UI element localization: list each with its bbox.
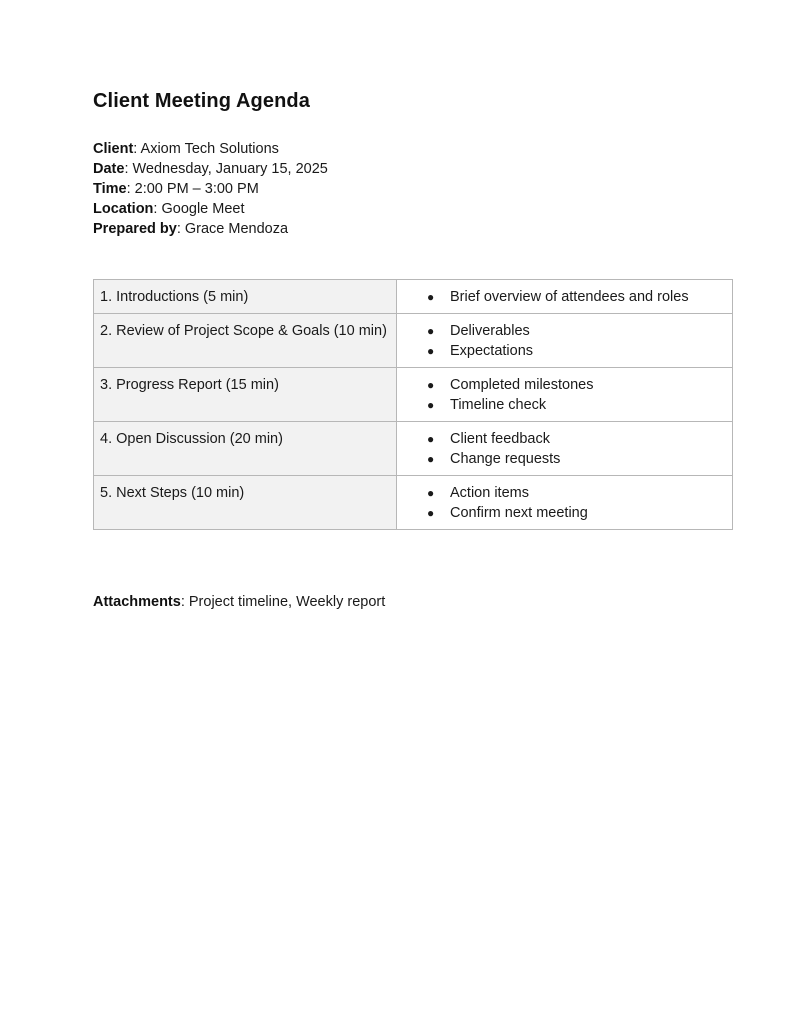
document-title: Client Meeting Agenda (93, 90, 310, 113)
bullet-icon: ● (427, 395, 434, 415)
agenda-points-cell: ●Completed milestones●Timeline check (397, 368, 733, 422)
table-row: 3. Progress Report (15 min)●Completed mi… (94, 368, 733, 422)
agenda-topic-cell: 4. Open Discussion (20 min) (94, 422, 397, 476)
attachments-line: Attachments: Project timeline, Weekly re… (93, 592, 385, 612)
list-item: ●Confirm next meeting (427, 503, 726, 523)
prepared-by-line: Prepared by: Grace Mendoza (93, 219, 328, 239)
list-item: ●Action items (427, 483, 726, 503)
bullet-text: Confirm next meeting (450, 505, 588, 521)
bullet-text: Expectations (450, 343, 533, 359)
attachments-value: : Project timeline, Weekly report (181, 594, 385, 610)
agenda-points-cell: ●Client feedback●Change requests (397, 422, 733, 476)
agenda-points-cell: ●Brief overview of attendees and roles (397, 280, 733, 314)
bullet-icon: ● (427, 503, 434, 523)
meeting-details: Client: Axiom Tech Solutions Date: Wedne… (93, 139, 328, 239)
date-value: : Wednesday, January 15, 2025 (124, 161, 327, 177)
bullet-text: Deliverables (450, 323, 530, 339)
time-line: Time: 2:00 PM – 3:00 PM (93, 179, 328, 199)
bullet-list: ●Deliverables●Expectations (427, 321, 726, 361)
bullet-icon: ● (427, 341, 434, 361)
bullet-text: Completed milestones (450, 377, 593, 393)
bullet-icon: ● (427, 429, 434, 449)
agenda-topic-cell: 1. Introductions (5 min) (94, 280, 397, 314)
bullet-icon: ● (427, 483, 434, 503)
table-row: 4. Open Discussion (20 min)●Client feedb… (94, 422, 733, 476)
date-line: Date: Wednesday, January 15, 2025 (93, 159, 328, 179)
bullet-text: Brief overview of attendees and roles (450, 289, 689, 305)
agenda-topic-cell: 2. Review of Project Scope & Goals (10 m… (94, 314, 397, 368)
location-line: Location: Google Meet (93, 199, 328, 219)
attachments-label: Attachments (93, 594, 181, 610)
prepared-by-value: : Grace Mendoza (177, 221, 288, 237)
prepared-by-label: Prepared by (93, 221, 177, 237)
time-label: Time (93, 181, 127, 197)
bullet-text: Change requests (450, 451, 560, 467)
date-label: Date (93, 161, 124, 177)
bullet-list: ●Action items●Confirm next meeting (427, 483, 726, 523)
list-item: ●Timeline check (427, 395, 726, 415)
bullet-list: ●Client feedback●Change requests (427, 429, 726, 469)
client-value: : Axiom Tech Solutions (133, 141, 279, 157)
time-value: : 2:00 PM – 3:00 PM (127, 181, 259, 197)
bullet-text: Client feedback (450, 431, 550, 447)
table-row: 1. Introductions (5 min)●Brief overview … (94, 280, 733, 314)
list-item: ●Expectations (427, 341, 726, 361)
client-line: Client: Axiom Tech Solutions (93, 139, 328, 159)
table-row: 5. Next Steps (10 min)●Action items●Conf… (94, 476, 733, 530)
bullet-icon: ● (427, 375, 434, 395)
list-item: ●Client feedback (427, 429, 726, 449)
list-item: ●Change requests (427, 449, 726, 469)
agenda-points-cell: ●Deliverables●Expectations (397, 314, 733, 368)
bullet-list: ●Completed milestones●Timeline check (427, 375, 726, 415)
bullet-icon: ● (427, 287, 434, 307)
list-item: ●Brief overview of attendees and roles (427, 287, 726, 307)
agenda-table: 1. Introductions (5 min)●Brief overview … (93, 279, 733, 530)
bullet-text: Action items (450, 485, 529, 501)
bullet-text: Timeline check (450, 397, 546, 413)
bullet-icon: ● (427, 321, 434, 341)
location-value: : Google Meet (153, 201, 244, 217)
bullet-icon: ● (427, 449, 434, 469)
table-row: 2. Review of Project Scope & Goals (10 m… (94, 314, 733, 368)
agenda-topic-cell: 3. Progress Report (15 min) (94, 368, 397, 422)
client-label: Client (93, 141, 133, 157)
location-label: Location (93, 201, 153, 217)
list-item: ●Completed milestones (427, 375, 726, 395)
agenda-points-cell: ●Action items●Confirm next meeting (397, 476, 733, 530)
bullet-list: ●Brief overview of attendees and roles (427, 287, 726, 307)
list-item: ●Deliverables (427, 321, 726, 341)
agenda-topic-cell: 5. Next Steps (10 min) (94, 476, 397, 530)
